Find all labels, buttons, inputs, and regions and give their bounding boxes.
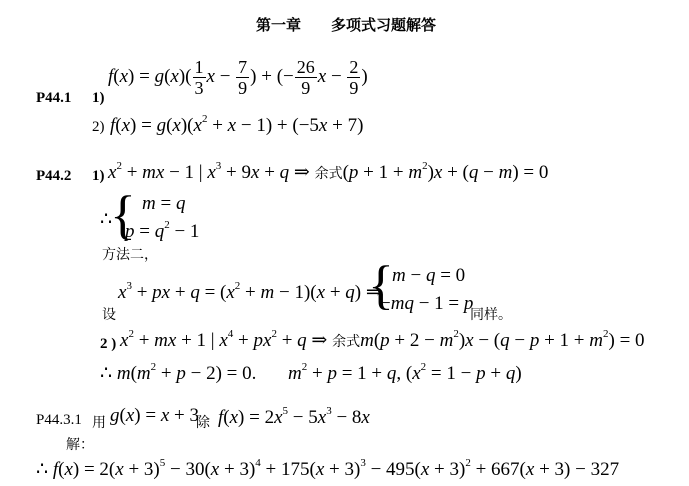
page-title: 第一章 多项式习题解答: [256, 14, 436, 35]
same-note: 同样。: [470, 304, 512, 324]
dividend-equation: f(x) = 2x5 − 5x3 − 8x: [218, 405, 370, 429]
equation-p44-2-2: x2 + mx + 1 | x4 + px2 + q ⇒ 余式m(p + 2 −…: [120, 328, 645, 352]
equation-p44-1-2: f(x) = g(x)(x2 + x − 1) + (−5x + 7): [110, 113, 363, 137]
problem-label-p44-2: P44.2: [36, 168, 71, 185]
method-two-label: 方法二，: [102, 244, 158, 264]
problem-label-p44-1: P44.1: [36, 90, 71, 107]
divisor-equation: g(x) = x + 3: [110, 405, 199, 427]
system-eq-1: m = q: [142, 193, 185, 215]
equation-method-two: x3 + px + q = (x2 + m − 1)(x + q) ⇒: [118, 280, 382, 304]
equation-p44-2-1: x2 + mx − 1 | x3 + 9x + q ⇒ 余式(p + 1 + m…: [108, 160, 548, 184]
problem-label-p44-3-1: P44.3.1: [36, 412, 82, 429]
equation-p44-1-1: f(x) = g(x)(13x − 79) + (−269x − 29): [108, 58, 368, 97]
let-label: 设: [102, 304, 116, 324]
item-number: 1): [92, 168, 105, 185]
solution-label: 解：: [66, 434, 94, 454]
item-number: 2 ): [100, 336, 116, 353]
item-number: 1): [92, 90, 105, 107]
conclusion-line-2: m2 + p = 1 + q, (x2 = 1 − p + q): [288, 361, 522, 385]
item-number: 2): [92, 119, 105, 136]
remainder-label: 余式: [332, 334, 360, 350]
result-equation: ∴ f(x) = 2(x + 3)5 − 30(x + 3)4 + 175(x …: [36, 457, 619, 481]
system-eq-2: −mq − 1 = p: [380, 293, 473, 315]
divide-label: 除: [196, 412, 210, 432]
system-eq-1: m − q = 0: [392, 265, 465, 287]
remainder-label: 余式: [315, 166, 343, 182]
conclusion-line-1: ∴ m(m2 + p − 2) = 0.: [100, 361, 256, 385]
system-eq-2: p = q2 − 1: [125, 219, 199, 243]
use-label: 用: [92, 412, 106, 432]
